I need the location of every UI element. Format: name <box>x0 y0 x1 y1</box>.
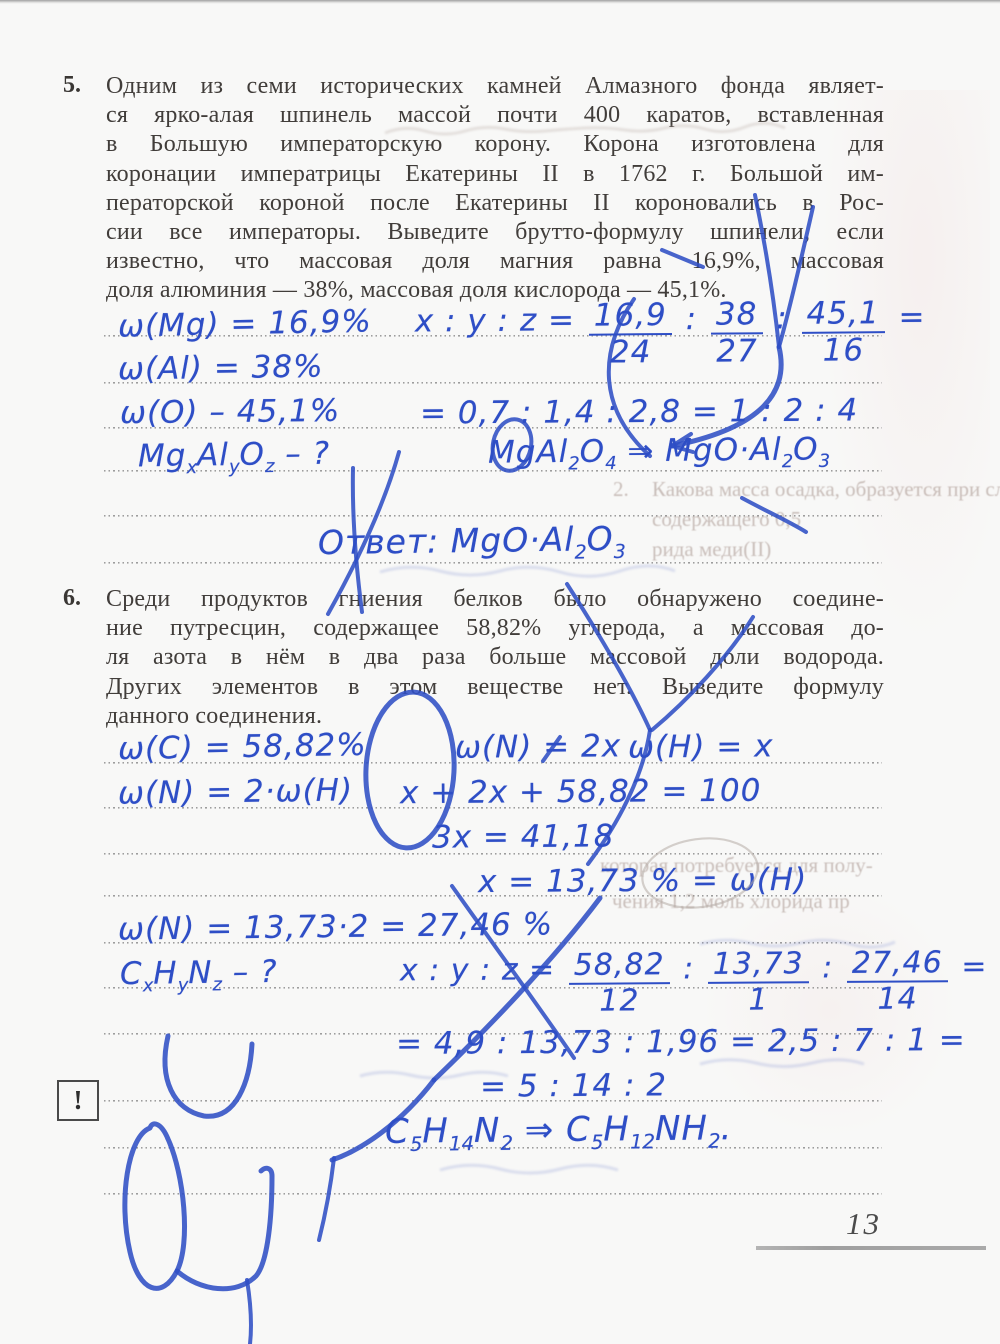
handwriting-text: = <box>951 949 988 984</box>
handwriting-text: x = 13,73 % = ω(H) <box>478 862 807 900</box>
handwritten-line: x : y : z = 16,924 : 3827 : 45,116 = <box>415 297 926 371</box>
handwriting-text: ω(Al) = 38% <box>118 349 324 388</box>
handwriting-text: O <box>579 434 605 470</box>
handwriting-text: ω(C) = 58,82% <box>118 727 367 767</box>
handwritten-line: C5H14N2 ⇒ C5H12NH2. <box>385 1108 733 1156</box>
bleed-through-text: содержащего 0,5 <box>652 507 801 532</box>
pen-vertical-stroke <box>319 1158 334 1240</box>
handwriting-fraction: 13,731 <box>708 948 809 1016</box>
problem-text-line: Других элементов в этом веществе нет. Вы… <box>106 673 884 702</box>
handwriting-text: ω(H) = x <box>628 728 774 765</box>
problem-text-line: сии все императоры. Выведите брутто-форм… <box>106 218 884 247</box>
scan-top-edge <box>0 0 1000 4</box>
fraction-denominator: 1 <box>708 983 809 1017</box>
ghost-squiggle <box>380 566 675 576</box>
handwriting-subscript: 2 <box>708 1130 721 1153</box>
handwritten-line: MgAl2O4 ⇒ MgO·Al2O3 <box>488 431 830 475</box>
pen-u-curve <box>165 1036 252 1116</box>
problem-text-line: коронации императрицы Екатерины II в 176… <box>106 160 884 189</box>
handwritten-line: ω(N) = 13,73·2 = 27,46 % <box>118 906 554 947</box>
handwriting-text: : <box>675 301 708 337</box>
handwriting-subscript: 5 <box>591 1131 604 1154</box>
fraction-numerator: 45,1 <box>801 297 884 334</box>
handwritten-line: = 4,9 : 13,73 : 1,96 = 2,5 : 7 : 1 = <box>396 1022 966 1062</box>
handwriting-text: ⇒ MgO·Al <box>616 432 782 470</box>
handwriting-fraction: 45,116 <box>801 297 885 367</box>
pen-loop-arm <box>177 1168 272 1288</box>
handwriting-text: N <box>474 1111 501 1151</box>
handwriting-subscript: 2 <box>782 451 794 472</box>
handwriting-text: H <box>153 955 178 991</box>
ghost-squiggle <box>440 1165 618 1173</box>
handwriting-text: : <box>765 300 798 336</box>
problem-text-line: ператорской короной после Екатерины II к… <box>106 189 884 218</box>
warning-exclamation-icon: ! <box>74 1085 83 1116</box>
fraction-denominator: 27 <box>711 334 763 368</box>
problem-text-line: Среди продуктов гниения белков было обна… <box>106 585 884 614</box>
handwriting-text: . <box>720 1108 732 1148</box>
handwritten-line: x + 2x + 58,82 = 100 <box>400 773 762 812</box>
handwriting-subscript: y <box>229 456 240 477</box>
problem-number: 6. <box>63 585 81 612</box>
handwriting-text: : <box>812 950 844 985</box>
problem-text-line: в Большую императорскую корону. Корона и… <box>106 130 884 159</box>
fraction-numerator: 38 <box>711 298 763 334</box>
handwriting-text: ω(N) = 2x <box>455 728 621 765</box>
problem-text-line: ля азота в нём в два раза больше массово… <box>106 643 884 672</box>
ruled-dotted-line <box>104 1193 882 1195</box>
bleed-through-text: рида меди(II) <box>652 537 771 562</box>
handwriting-text: MgAl <box>488 434 569 471</box>
handwriting-subscript: 2 <box>500 1132 513 1155</box>
handwriting-text: ⇒ C <box>513 1110 591 1151</box>
handwriting-fraction: 16,924 <box>589 299 673 369</box>
handwritten-line: ω(O) – 45,1% <box>120 393 341 431</box>
fraction-numerator: 27,46 <box>847 947 948 983</box>
problem-text-line: известно, что массовая доля магния равна… <box>106 247 884 276</box>
handwritten-line: ω(Al) = 38% <box>118 349 324 388</box>
handwriting-text: = 0,7 : 1,4 : 2,8 = 1 : 2 : 4 <box>420 392 858 431</box>
handwriting-text: = 5 : 14 : 2 <box>480 1067 667 1104</box>
page-number-rule <box>756 1246 986 1250</box>
handwritten-line: ω(C) = 58,82% <box>118 727 367 767</box>
problem-text-line: ся ярко-алая шпинель массой почти 400 ка… <box>106 101 884 130</box>
bleed-through-text: Какова масса осадка, образуется при слив… <box>652 477 1000 502</box>
handwriting-text: Mg <box>138 438 187 475</box>
fraction-numerator: 58,82 <box>569 949 670 985</box>
fraction-denominator: 24 <box>589 335 672 370</box>
handwriting-subscript: x <box>143 975 154 996</box>
handwriting-subscript: 12 <box>630 1130 655 1153</box>
fraction-numerator: 13,73 <box>708 948 809 984</box>
handwriting-text: Al <box>197 437 229 473</box>
handwriting-subscript: 3 <box>614 540 626 563</box>
handwriting-text: ω(O) – 45,1% <box>120 393 341 431</box>
handwriting-fraction: 58,8212 <box>569 949 670 1017</box>
ghost-squiggle <box>700 1060 864 1067</box>
handwriting-text: ω(N) = 2·ω(H) <box>118 772 354 811</box>
handwriting-text: C <box>120 956 143 992</box>
handwriting-text: – ? <box>274 436 330 473</box>
handwritten-line: x : y : z = 58,8212 : 13,731 : 27,4614 = <box>400 947 988 1019</box>
page-number: 13 <box>846 1206 881 1242</box>
handwritten-line: = 5 : 14 : 2 <box>480 1067 667 1104</box>
handwriting-text: H <box>422 1111 449 1151</box>
handwriting-subscript: 5 <box>410 1133 423 1156</box>
warning-box: ! <box>57 1080 99 1121</box>
fraction-denominator: 16 <box>802 333 885 368</box>
handwriting-subscript: x <box>186 457 197 478</box>
handwritten-line: ω(Mg) = 16,9% <box>118 303 372 344</box>
handwriting-subscript: y <box>178 975 189 996</box>
handwritten-line: ω(H) = x <box>628 728 774 765</box>
handwriting-text: = <box>887 299 925 335</box>
problem-text: Одним из семи исторических камней Алмазн… <box>106 72 884 306</box>
problem-number: 5. <box>63 72 81 99</box>
handwriting-text: – ? <box>222 954 278 991</box>
handwriting-text: O <box>239 437 265 473</box>
handwritten-line: ω(N) = 2x <box>455 728 621 765</box>
problem-text-line: данного соединения. <box>106 702 884 731</box>
workbook-page: 2.Какова масса осадка, образуется при сл… <box>0 0 1000 1344</box>
fraction-denominator: 12 <box>569 984 670 1018</box>
handwriting-subscript: 4 <box>605 453 617 474</box>
handwritten-line: ω(N) = 2·ω(H) <box>118 772 354 811</box>
handwriting-text: H <box>603 1109 630 1149</box>
problem-text-line: Одним из семи исторических камней Алмазн… <box>106 72 884 101</box>
handwriting-text: C <box>385 1112 410 1152</box>
problem-text-line: ние путресцин, содержащее 58,82% углерод… <box>106 614 884 643</box>
bleed-through-text: 2. <box>613 477 629 502</box>
handwriting-fraction: 27,4614 <box>847 947 948 1015</box>
handwriting-subscript: 14 <box>449 1132 474 1155</box>
handwriting-text: ω(Mg) = 16,9% <box>118 303 372 344</box>
handwriting-text: Ответ: MgO·Al <box>318 520 575 563</box>
fraction-denominator: 14 <box>847 982 948 1016</box>
handwritten-line: MgxAlyOz – ? <box>138 436 331 479</box>
handwritten-line: = 0,7 : 1,4 : 2,8 = 1 : 2 : 4 <box>420 392 858 431</box>
handwriting-text: x + 2x + 58,82 = 100 <box>400 773 762 812</box>
handwriting-subscript: 2 <box>574 540 586 563</box>
handwriting-text: : <box>672 951 704 986</box>
handwritten-line: x = 13,73 % = ω(H) <box>478 862 807 900</box>
handwritten-line: Ответ: MgO·Al2O3 <box>318 519 626 567</box>
handwriting-text: O <box>586 519 614 558</box>
handwritten-line: CxHyNz – ? <box>120 954 278 997</box>
fraction-numerator: 16,9 <box>589 299 672 336</box>
handwritten-line: 3x = 41,18 <box>432 818 615 855</box>
handwriting-text: x : y : z = <box>415 302 586 339</box>
handwriting-text: ω(N) = 13,73·2 = 27,46 % <box>118 906 554 947</box>
handwriting-text: NH <box>655 1108 708 1149</box>
pen-descender <box>247 1280 251 1344</box>
handwriting-text: 3x = 41,18 <box>432 818 615 855</box>
handwriting-text: O <box>793 431 819 467</box>
handwriting-subscript: 2 <box>568 453 580 474</box>
handwriting-subscript: 3 <box>819 451 831 472</box>
handwriting-text: = 4,9 : 13,73 : 1,96 = 2,5 : 7 : 1 = <box>396 1022 966 1062</box>
handwriting-text: x : y : z = <box>400 952 566 988</box>
handwriting-subscript: z <box>212 974 222 995</box>
handwriting-text: N <box>188 955 213 991</box>
handwriting-fraction: 3827 <box>711 298 763 368</box>
problem-text: Среди продуктов гниения белков было обна… <box>106 585 884 731</box>
